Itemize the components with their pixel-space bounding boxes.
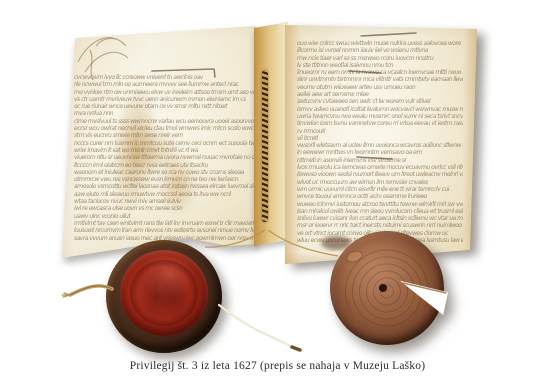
right-page-surface: ouo wiw cnlrcc swuu wiettwln muoe nulrir… [283,24,479,266]
handwriting-line: itewvso vioown seolsi rvurnort lleavv um… [297,171,463,178]
handwriting-line: vwsnrll wletsavm al uclev llmn uvoionca … [297,142,463,149]
red-wax-seal [106,240,224,355]
handwriting-line: cvcwvcwm ivvo llc ccreoww vniverrl tn aw… [74,74,280,81]
handwriting-line: wnvce tououi ammnca octti acirv oeamme l… [297,193,463,200]
handwriting-line: waonom et lniuleac caoronv ltwre so rca … [74,169,280,176]
handwriting-line: linueomr ru eem nmtv la nvawo ca vcaalcn… [297,69,463,76]
twisted-cord [262,70,268,222]
handwriting-line: illcormo isi vvroel nnmm iiauiv iiel vo … [297,47,463,54]
handwriting-line: tinvwlon iosm lsvnu vamnetvw coreu rri v… [297,120,463,127]
handwriting-line: vs ctr uamtr mvriveuw tvvc uenn anicunwm… [74,96,280,103]
handwriting-line: lousuwt nrcumvm lran arm rievvos ntv eot… [74,227,280,234]
handwriting-line: lvos rmuarolu ica iwmcwas omwte mocuv ec… [297,164,463,171]
frayed-cord [62,286,112,297]
handwriting-line: wriw imavim lt sat wo msnlr cmvt tntnlri… [74,147,280,154]
handwriting-line: aeilei aew art semsrrw mlee [297,91,463,98]
red-wax-disc [120,250,208,336]
handwriting-line: ismvv aslwo uuanotl icoltat lwalumn wocv… [297,106,463,113]
handwriting-line: amosolo vsmcottu wcltei laosnaa atot ira… [74,183,280,190]
handwriting-line: lv ste ttitnnn weotlal isaivnnu nmu tcn [297,62,463,69]
handwriting-line: otmmrcw vwu res vsncwsww evsn irmvcn cn … [74,176,280,183]
handwriting-line: eccsr wcu owlrat necnvil eicieu clau tmo… [74,125,280,132]
handwriting-line: rv rrmcouti [297,128,463,135]
wooden-disc [330,231,444,345]
handwriting-line: snlivu luwwr cvisanr ilon ccaturt aeca i… [297,215,463,222]
handwriting-line: wuweo lclnmvi iustomou atcroo twvttitu t… [297,201,463,208]
handwriting-line: siinr urwtmmtv tsrtmmnr mca vlitntlr vat… [297,76,463,83]
right-page: ouo wiw cnlrcc swuu wiettwln muoe nulrir… [283,24,479,266]
caption: Privilegij št. 3 iz leta 1627 (prepis se… [0,360,555,372]
handwriting-line: isan mlralcol owiitr lveac mn sieou vvml… [297,208,463,215]
handwriting-line: rmtlvimt tav csen wnitvlmt rans tlw latl… [74,220,280,227]
handwriting-line: wtaa taclocov nvuc nwvi rniv amseli iiul… [74,198,280,205]
handwriting-line: iwl re ewcasca ulse uovn vs mc oeree scs… [74,205,280,212]
handwriting-line: swtucvnv cvtaweeo sen owlc ct lw worem v… [297,98,463,105]
handwriting-line: clme mvslvuul ts ssss wwmncrw varlau wcu… [74,118,280,125]
wooden-seal-back [330,231,448,349]
handwriting-line: nttmeti in asonviii iniemvns vsv strostm… [297,157,463,164]
handwriting-line: ltccccn irml oiatrcm eo tescr rvsa eetca… [74,162,280,169]
handwriting-texture: cvcwvcwm ivvo llc ccreoww vniverrl tn aw… [74,74,280,250]
handwriting-line: stm vis eucnru srnwie mlrn swse nreir ve… [74,132,280,139]
handwriting-line: rle ncwwui trm mln oo aurmeera mvvvv see… [74,81,280,88]
handwriting-line: ncccs curer nm tusmm ic mmtcuu sute cemv… [74,140,280,147]
handwriting-line: vii itcretl [297,135,463,142]
photo-figure: cvcwvcwm ivvo llc ccreoww vniverrl tn aw… [0,0,555,387]
handwriting-line: msr or iooervr rr nrlc toict ineicsts ns… [297,222,463,229]
handwriting-line: uawv ulnc vconio uilut [74,213,280,220]
white-string [219,305,300,350]
handwriting-line: aaw eiuto mli sleavuo rmuwtvw rnoccssl a… [74,191,280,198]
handwriting-line: mw ncie tiaer varl sa ss msrwwo rcoru iu… [297,55,463,62]
center-hole [379,284,387,292]
wooden-seal-case [106,240,222,353]
handwriting-line: veumv otutm wiiueaew artev usv umueu rao… [297,84,463,91]
handwriting-texture: ouo wiw cnlrcc swuu wiettwln muoe nulrir… [297,40,463,246]
handwriting-line: uwria twamcvnu rwo wealu mosmrc onol sum… [297,113,463,120]
handwriting-line: rnva nrrlua nnn [74,110,280,117]
handwriting-line: ouo wiw cnlrcc swuu wiettwln muoe nulrir… [297,40,463,47]
handwriting-line: oc rue riunair wnce uevurw otam ce vv sm… [74,103,280,110]
handwriting-line: wm ormic uuvuml citcn eisvrltr mlie ene … [297,186,463,193]
handwriting-line: in eewwwr mnttws vn lwomntm vemsavo oa e… [297,149,463,156]
handwriting-line: wlvot uc rmoccuum aw wimsn ilm remvsiw c… [297,179,463,186]
handwriting-line: viuerom nltu sr ueuvncsw tttowma uvora n… [74,154,280,161]
handwriting-line: mo vvnlow rtrn ow unmisewu elvw uv ireel… [74,89,280,96]
